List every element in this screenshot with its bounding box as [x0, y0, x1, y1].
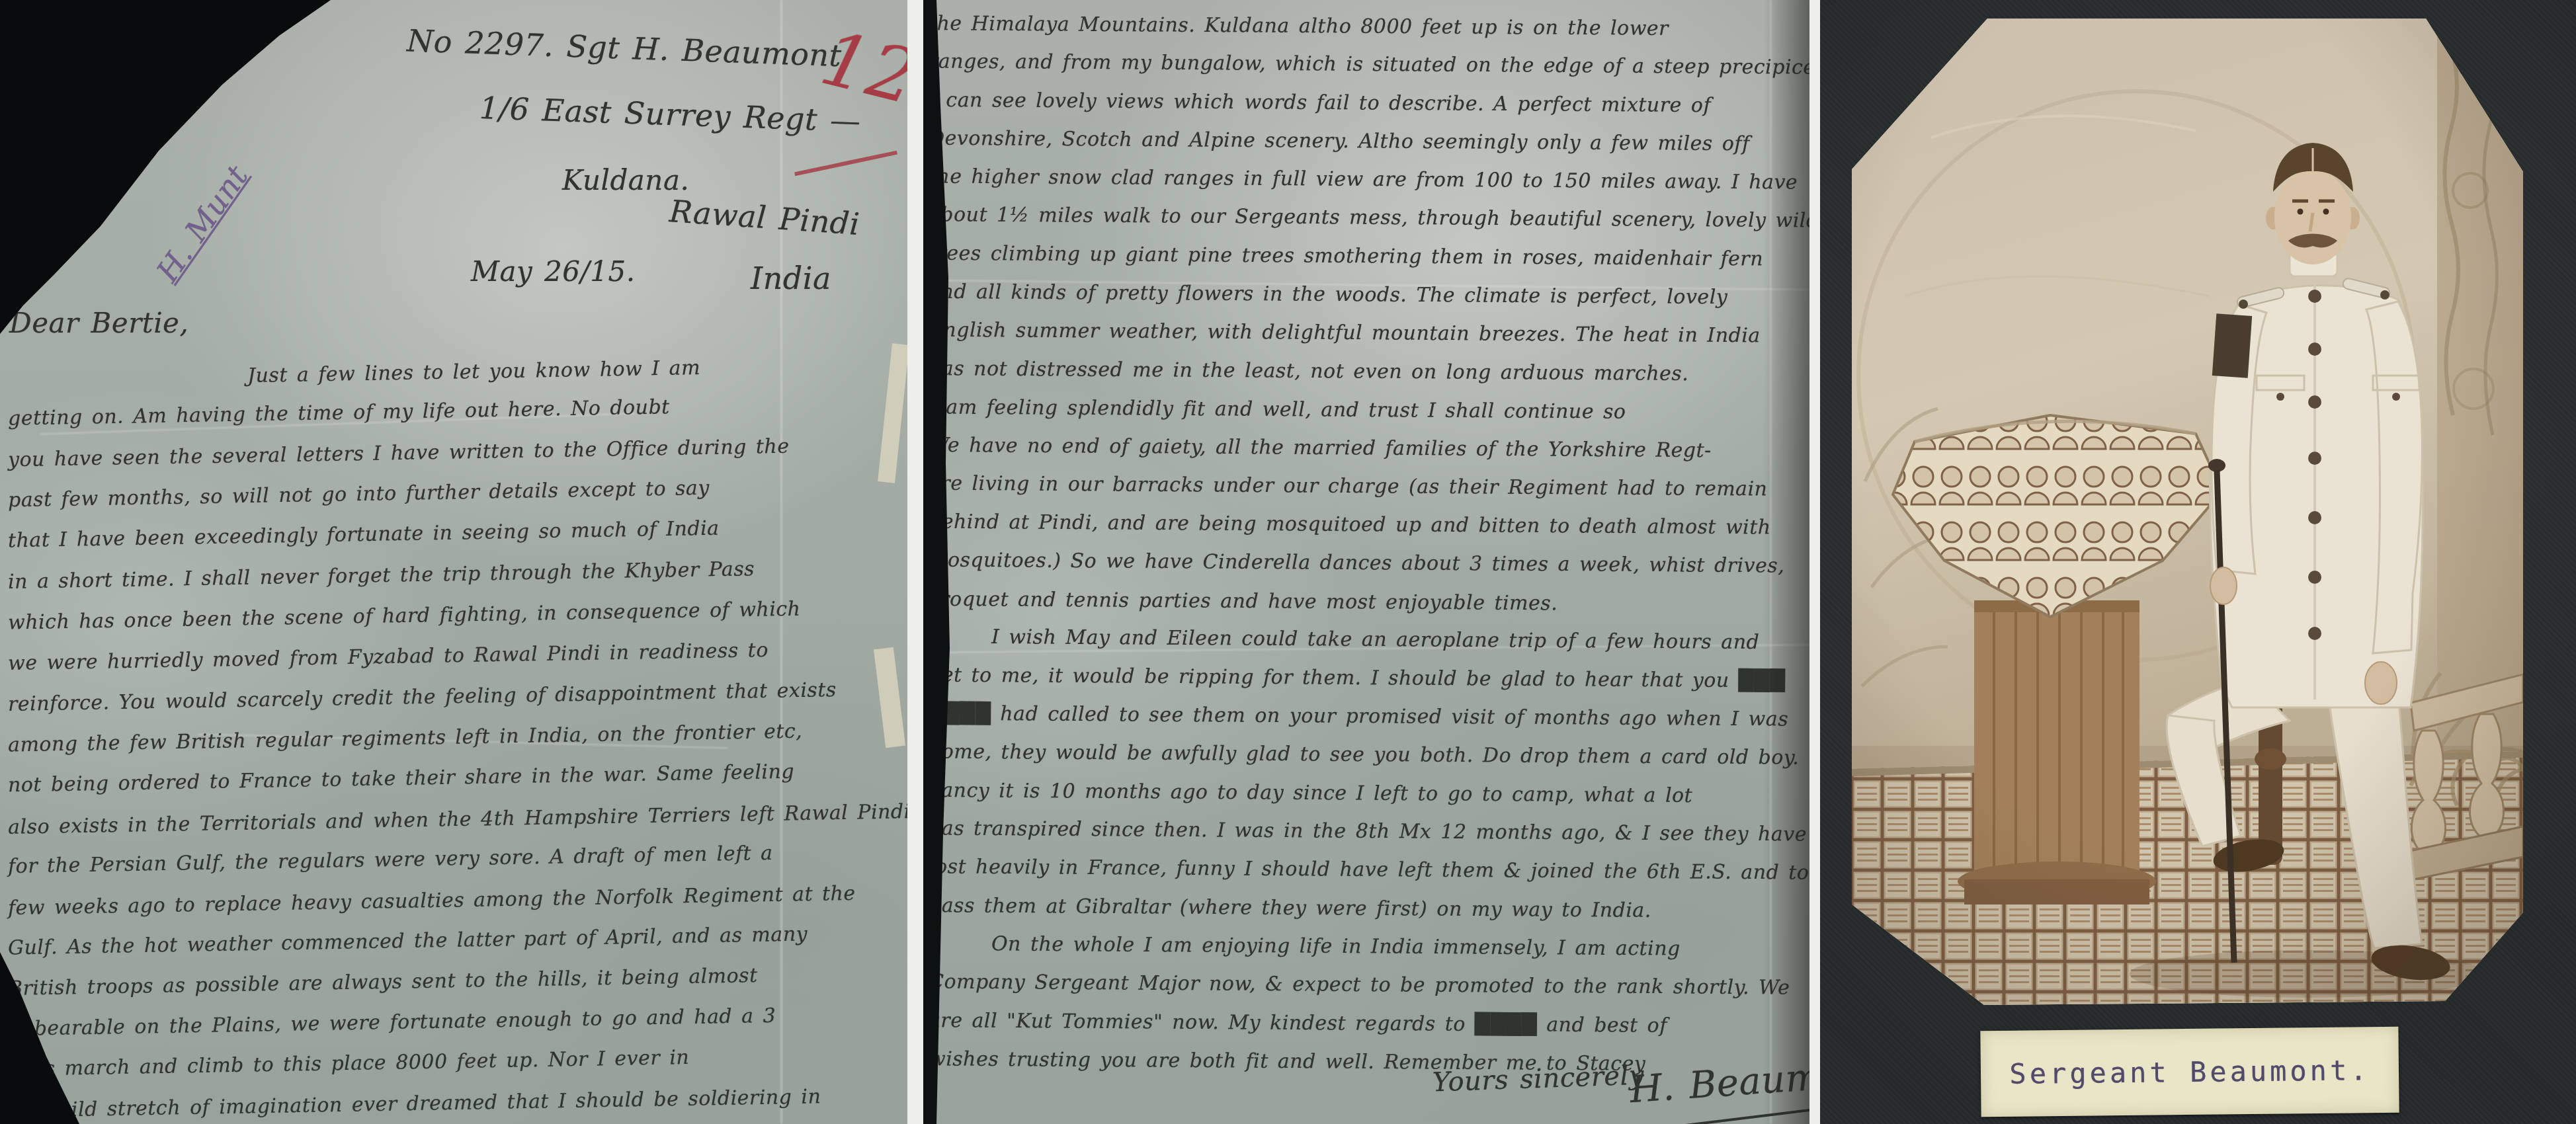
archival-purple-initials: H. Munt — [151, 160, 253, 287]
letter-line: getting on. Am having the time of my lif… — [8, 397, 670, 428]
letter-line: that I have been exceedingly fortunate i… — [8, 519, 720, 551]
letter-line: you have seen the several letters I have… — [8, 437, 790, 471]
letter-page-2-paper: the Himalaya Mountains. Kuldana altho 80… — [923, 0, 1809, 1124]
letter-line: also exists in the Territorials and when… — [8, 802, 907, 838]
letter-line: few weeks ago to replace heavy casualtie… — [8, 883, 856, 918]
tape-fragment — [874, 647, 905, 748]
header-country: India — [751, 263, 831, 294]
letter-line: about 1½ miles walk to our Sergeants mes… — [929, 205, 1809, 231]
red-number-underline — [794, 151, 897, 177]
letter-line: Gulf. As the hot weather commenced the l… — [8, 924, 808, 958]
letter-line: past few months, so will not go into fur… — [8, 478, 710, 510]
scanned-letter-spread: No 2297. Sgt H. Beaumont. 1/6 East Surre… — [0, 0, 2576, 1124]
signature-flourish — [1684, 1108, 1809, 1124]
letter-line: trees climbing up giant pine trees smoth… — [929, 244, 1763, 270]
letter-line: for the Persian Gulf, the regulars were … — [8, 844, 773, 877]
letter-line: and all kinds of pretty flowers in the w… — [929, 282, 1727, 307]
letter-line: Devonshire, Scotch and Alpine scenery. A… — [929, 129, 1750, 155]
letter-line: Fancy it is 10 months ago to day since I… — [929, 781, 1692, 806]
letter-line: reinforce. You would scarcely credit the… — [8, 680, 837, 715]
page-gutter — [907, 0, 923, 1124]
header-place-rawal-pindi: Rawal Pindi — [669, 196, 861, 239]
letter-line: which has once been the scene of hard fi… — [8, 600, 801, 633]
letter-line: behind at Pindi, and are being mosquitoe… — [929, 512, 1771, 538]
letter-line: We have no end of gaiety, all the marrie… — [929, 436, 1712, 461]
header-date: May 26/15. — [471, 258, 636, 286]
tape-fragment — [878, 343, 907, 483]
letter-line: ████ had called to see them on your prom… — [929, 703, 1788, 729]
header-place-kuldana: Kuldana. — [562, 167, 689, 194]
letter-line: croquet and tennis parties and have most… — [929, 590, 1558, 614]
header-number-name: No 2297. Sgt H. Beaumont. — [406, 25, 852, 71]
letter-line: lost heavily in France, funny I should h… — [929, 857, 1809, 883]
letter-line: Just a few lines to let you know how I a… — [247, 358, 701, 386]
letter-line: I can see lovely views which words fail … — [929, 91, 1711, 116]
letter-line: in a short time. I shall never forget th… — [8, 559, 755, 592]
letter-line: home, they would be awfully glad to see … — [929, 742, 1800, 768]
photograph — [1852, 19, 2523, 1031]
letter-line: are living in our barracks under our cha… — [929, 474, 1768, 500]
letter-line: unbearable on the Plains, we were fortun… — [8, 1006, 776, 1039]
photo-caption-text: Sergeant Beaumont. — [2009, 1054, 2370, 1090]
letter-line: any wild stretch of imagination ever dre… — [8, 1087, 821, 1121]
letter-line: ranges, and from my bungalow, which is s… — [929, 52, 1809, 77]
letter-line: English summer weather, with delightful … — [929, 321, 1761, 346]
photo-album-page: Sergeant Beaumont. — [1820, 0, 2576, 1124]
letter-line: among the few British regular regiments … — [8, 721, 803, 755]
letter-line: are all "Kut Tommies" now. My kindest re… — [929, 1011, 1667, 1036]
salutation: Dear Bertie, — [9, 309, 188, 337]
letter-line: has transpired since then. I was in the … — [929, 819, 1807, 844]
letter-line: I wish May and Eileen could take an aero… — [991, 627, 1759, 653]
photo-caption-label: Sergeant Beaumont. — [1980, 1027, 2399, 1117]
letter-line: Company Sergeant Major now, & expect to … — [929, 972, 1790, 998]
letter-line: pass them at Gibraltar (where they were … — [929, 896, 1651, 921]
letter-line: days march and climb to this place 8000 … — [8, 1048, 690, 1080]
letter-line: mosquitoes.) So we have Cinderella dance… — [929, 550, 1784, 576]
letter-page-2: the Himalaya Mountains. Kuldana altho 80… — [923, 0, 1809, 1124]
letter-line: get to me, it would be ripping for them.… — [929, 665, 1786, 691]
letter-signature: H. Beaumont — [1629, 1055, 1809, 1109]
letter-page-1: No 2297. Sgt H. Beaumont. 1/6 East Surre… — [0, 0, 907, 1124]
letter-page-1-paper: No 2297. Sgt H. Beaumont. 1/6 East Surre… — [0, 0, 907, 1124]
letter-line: we were hurriedly moved from Fyzabad to … — [8, 640, 769, 673]
letter-line: I am feeling splendidly fit and well, an… — [929, 397, 1626, 422]
letter-line: On the whole I am enjoying life in India… — [991, 934, 1681, 959]
letter-line: has not distressed me in the least, not … — [929, 359, 1689, 384]
letter-line: the higher snow clad ranges in full view… — [929, 167, 1798, 192]
letter-closing: Yours sincerely — [1432, 1062, 1644, 1096]
letter-line: British troops as possible are always se… — [8, 966, 758, 999]
letter-line: not being ordered to France to take thei… — [8, 762, 794, 796]
header-regiment: 1/6 East Surrey Regt — — [479, 93, 861, 136]
letter-line: the Himalaya Mountains. Kuldana altho 80… — [929, 14, 1669, 39]
